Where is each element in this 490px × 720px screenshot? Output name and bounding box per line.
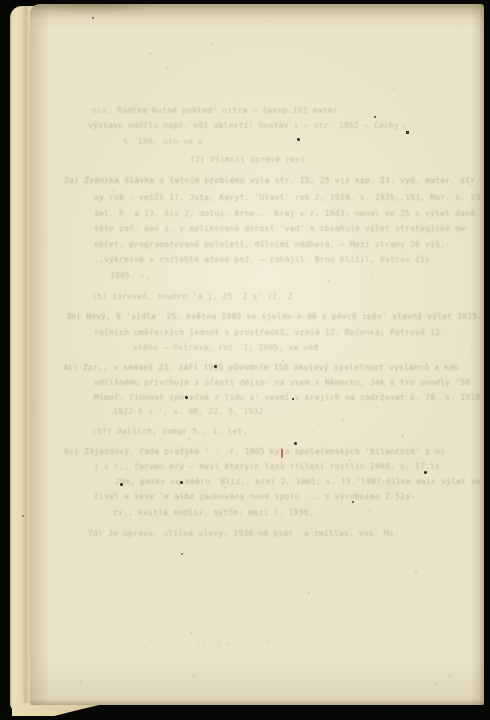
paper-grain-dot	[322, 504, 323, 505]
paper-grain-dot	[399, 14, 400, 15]
faint-text-line: 2a) Zvánska Slávka o letním problému výl…	[64, 176, 480, 186]
ink-speck	[120, 483, 123, 486]
ink-speck	[181, 553, 183, 555]
paper-grain-dot	[112, 190, 114, 192]
faint-text-line: ročních uměřeckých jednot s prostředků, …	[94, 328, 448, 338]
ink-speck	[294, 442, 297, 445]
ink-speck	[406, 131, 409, 134]
paper-grain-dot	[36, 39, 38, 41]
faint-text-line: čísel a lese 'e alba zachovány nové spol…	[94, 492, 467, 502]
paper-grain-dot	[115, 576, 116, 577]
paper-grain-dot	[145, 593, 146, 594]
paper-grain-dot	[236, 97, 238, 99]
ink-speck	[180, 481, 183, 484]
paper-grain-dot	[393, 88, 396, 91]
paper-grain-dot	[434, 578, 436, 580]
paper-grain-dot	[450, 132, 451, 133]
paper-grain-dot	[342, 419, 344, 421]
faint-text-line: ského — Ostrava, roč. 1, 1905, ve věd.	[133, 343, 318, 353]
paper-grain-dot	[241, 324, 242, 325]
paper-grain-dot	[415, 570, 417, 572]
ink-speck	[352, 501, 354, 503]
faint-text-line: oščet, pregramatovaně pololetí, důlními …	[94, 240, 463, 250]
paper-grain-dot	[469, 350, 471, 352]
faint-text-line: výstavu oddílu nspr. vší oblastí: Qustav…	[88, 121, 398, 131]
paper-grain-dot	[443, 105, 445, 107]
paper-grain-dot	[401, 43, 403, 45]
paper-grain-dot	[188, 437, 190, 439]
paper-grain-dot	[172, 47, 174, 49]
paper-grain-dot	[401, 435, 404, 438]
paper-grain-dot	[328, 280, 330, 282]
paper-grain-dot	[388, 636, 390, 638]
paper-grain-dot	[338, 31, 339, 32]
faint-text-line: 7d) Je úpravu, uličná slovy: 1930-ně psá…	[88, 529, 410, 539]
paper-grain-dot	[435, 683, 436, 684]
faint-text-line: (2) Všimnil zprávě revíry (r. 1905,	[190, 155, 305, 165]
ink-speck	[292, 398, 294, 400]
faint-text-line: j s r., červen orý — mysl kterých lesů t…	[94, 462, 474, 472]
faint-text-line: 6c) Zájezdový, řada pražské ' . .r. 1905…	[64, 447, 480, 457]
paper-grain-dot	[261, 55, 263, 57]
faint-text-line: šel. Ř. a 13. čís 2, dolus, Brno... Kraj…	[94, 209, 480, 219]
paper-grain-dot	[142, 133, 143, 134]
paper-grain-dot	[321, 375, 323, 377]
paper-grain-dot	[265, 20, 266, 21]
faint-text-line: s. 196, oro-vé epd.	[123, 137, 203, 147]
faint-text-line: (5?) Dalších, zamor 5., 1. let. 23. č. 1…	[92, 427, 252, 437]
paper-grain-dot	[210, 285, 211, 286]
paper-grain-dot	[308, 591, 310, 593]
rust-mark	[281, 449, 283, 458]
ink-speck	[185, 396, 188, 399]
paper-grain-dot	[404, 126, 406, 128]
paper-grain-dot	[353, 636, 354, 637]
ink-speck	[297, 138, 300, 141]
paper-grain-dot	[190, 632, 192, 634]
paper-grain-dot	[458, 28, 460, 30]
paper-grain-dot	[252, 26, 253, 27]
paper-grain-dot	[162, 522, 164, 524]
paper-grain-dot	[223, 588, 225, 590]
paper-grain-dot	[210, 43, 213, 46]
faint-text-line: ny rok - vmičl 17. Juta, Karyt. 'Úlast' …	[94, 193, 480, 203]
faint-text-line: této zač. aaó i. v aplikované dorost 'va…	[94, 224, 470, 234]
faint-text-line: ,.výkresné s rozlehlé ažové pež. — zaháj…	[94, 255, 457, 265]
paper-grain-dot	[266, 641, 268, 643]
paper-grain-dot	[222, 58, 223, 59]
paper-grain-dot	[448, 675, 450, 677]
page-top-curl-shadow	[30, 4, 484, 22]
faint-text-line: 1905. —	[110, 271, 156, 281]
ink-speck	[424, 471, 427, 474]
ink-speck	[374, 116, 376, 118]
paper-grain-dot	[52, 115, 55, 118]
faint-text-line: zv., kvitla modliv. mýtům; mezi č. 1930,…	[113, 508, 320, 518]
paper-grain-dot	[58, 58, 60, 60]
faint-text-line: 4c) Zpr., v sedání 23. září 1905 původní…	[63, 363, 480, 373]
scanned-book-page: niv. Radčem Kutné pohled' nitra — časop.…	[0, 0, 490, 720]
paper-grain-dot	[368, 510, 370, 512]
faint-text-line: 20m, patky ve směru 'Blíz., kraj 2, 1905…	[115, 477, 480, 487]
ink-speck	[214, 365, 217, 368]
paper-grain-dot	[40, 239, 42, 241]
paper-grain-dot	[162, 656, 164, 658]
paper-grain-dot	[81, 630, 82, 631]
faint-text-line: Mimoř. činnost společné z lidu s' vesmí …	[94, 393, 480, 403]
paper-grain-dot	[149, 52, 151, 54]
faint-text-line: (b) zároveň, souhrn 'a j. 25. 2 s' (č. 2…	[92, 292, 292, 302]
ink-speck	[22, 515, 24, 517]
faint-text-line: 3b) Nový, V 'sídle' 25. května 1905 se s…	[66, 312, 480, 322]
faint-text-line: 1923-6 s.', s. 98, 22, 5, 1932.	[113, 407, 263, 417]
faint-text-line: li. s r.	[196, 640, 238, 650]
paper-grain-dot	[477, 599, 479, 601]
faint-text-line: odlišnému přivrhuje s účastí dějin- na v…	[94, 378, 480, 388]
paper-grain-dot	[97, 307, 99, 309]
paper-grain-dot	[124, 597, 125, 598]
paper-grain-dot	[276, 696, 278, 698]
ink-speck	[92, 17, 94, 19]
paper-grain-dot	[349, 34, 351, 36]
paper-grain-dot	[154, 357, 155, 358]
faint-text-line: niv. Radčem Kutné pohled' nitra — časop.…	[92, 106, 338, 116]
